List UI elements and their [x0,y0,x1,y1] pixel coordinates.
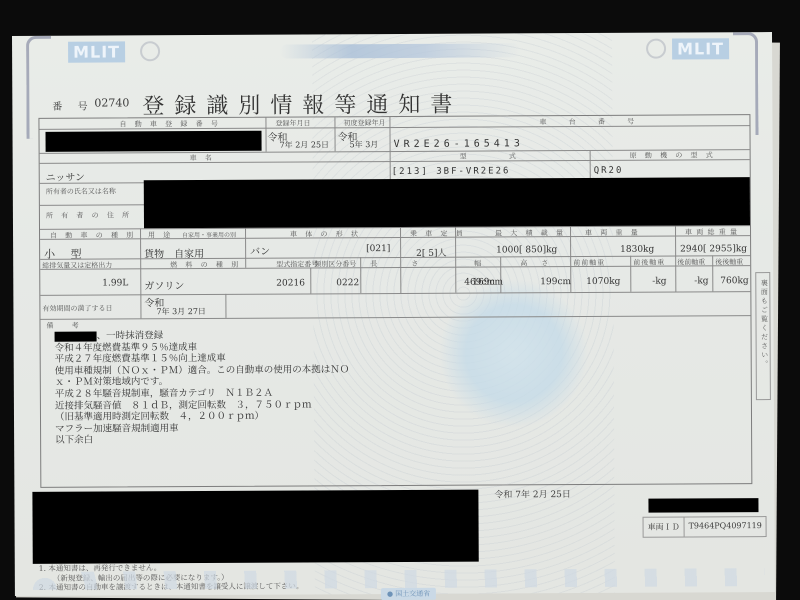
label-fuel-type: 燃 料 の 種 別 [170,260,241,270]
redacted-registration-number [46,131,262,152]
footer-logo-text: 国土交通省 [395,590,430,598]
label-front-rear-axle: 前後軸重 [633,258,665,268]
label-private-commercial: 自家用・事業用の別 [182,230,236,239]
redacted-owner-info [144,177,750,228]
label-owner-name: 所有者の氏名又は名称 [46,186,116,196]
side-note: 裏面もご覧ください。 [755,272,771,400]
label-height: 高 さ [520,258,554,268]
vehicle-type: 小 型 [44,246,88,262]
rear-front-axle: -kg [694,276,708,286]
redacted-issuer-block [32,490,478,564]
label-registration-number: 自 動 車 登 録 番 号 [119,119,220,130]
label-category-number: 類別区分番号 [314,259,356,269]
vehicle-model: [213] 3BF-VR2E26 [392,166,511,177]
label-width: 幅 [474,259,484,269]
height: 199cm [540,277,571,287]
car-id-box: 車両ＩＤ T9464PQ4097119 [643,516,767,538]
label-front-front-axle: 前前軸重 [573,258,605,268]
scallop-border [25,568,765,590]
remarks-line: 使用車種規制（ＮＯｘ・ＰＭ）適合。この自動車の使用の本拠はＮＯ [55,364,350,377]
category-number: 0222 [336,278,359,288]
serial-label: 番 号 [52,98,93,113]
remarks-line: 近接排気騒音値 ８１ｄＢ，測定回転数 ３，７５０ｒｐｍ [55,399,350,412]
label-max-load: 最 大 積 載 量 [495,228,566,238]
registration-date: 7年 2月 25日 [280,139,330,150]
redacted-office [648,498,758,513]
gross-weight: 2940[ 2955]kg [680,244,747,254]
dragon-ornament [280,43,520,58]
label-displacement: 総排気量又は定格出力 [42,260,112,270]
label-vehicle-type: 自 動 車 の 種 別 [50,230,136,240]
swirl-emblem-icon [646,39,666,59]
swirl-emblem-icon [140,41,160,61]
first-registration: 5年 3月 [350,139,379,150]
label-rear-front-axle: 後前軸重 [677,257,705,267]
width: 169cm [472,277,503,287]
label-engine-model: 原 動 機 の 型 式 [630,150,716,160]
registration-certificate: MLIT MLIT 番 号 02740 登録識別情報等通知書 [12,32,775,596]
max-load: 1000[ 850]kg [496,245,557,255]
front-rear-axle: -kg [652,277,666,287]
mlit-footer-logo: ● 国土交通省 [381,588,436,600]
label-vehicle-weight: 車 両 重 量 [585,228,641,238]
label-remarks: 備 考 [46,321,86,331]
car-id-label: 車両ＩＤ [644,517,685,536]
label-length: 長 さ [370,259,434,269]
label-model: 型 式 [460,151,536,161]
displacement: 1.99L [102,278,128,288]
expiry-date: 7年 3月 27日 [156,306,206,317]
front-front-axle: 1070kg [586,277,620,287]
rear-rear-axle: 760kg [720,276,748,286]
label-registration-date: 登録年月日 [275,118,310,128]
vehicle-name: ニッサン [46,169,85,184]
fuel-type: ガソリン [144,277,184,292]
issue-date: 令和 7年 2月 25日 [494,487,571,500]
label-rear-rear-axle: 後後軸重 [715,257,743,267]
label-expiry: 有効期間の満了する日 [42,303,112,313]
label-chassis-number: 車 台 番 号 [539,117,644,128]
remarks-line: 以下余白 [55,434,350,447]
usage: 貨物 [144,245,164,260]
label-owner-address: 所 有 者 の 住 所 [46,210,132,220]
vehicle-weight: 1830kg [620,245,654,255]
vehicle-info-table: 自 動 車 登 録 番 号 登録年月日 初度登録年月 車 台 番 号 令和 7年… [38,114,752,488]
mlit-logo-right: MLIT [672,38,729,59]
label-gross-weight: 車 両 総 重 量 [685,227,738,237]
mlit-logo-left: MLIT [68,41,125,62]
car-id-value: T9464PQ4097119 [685,517,766,536]
type-designation: 20216 [276,278,305,288]
engine-model: QR20 [594,166,624,176]
body-shape: バン [250,243,270,258]
capacity: 2[ 5]人 [416,246,446,259]
remarks-list: 、一時抹消登録 令和４年度燃費基準９５％達成車 平成２７年度燃費基準１５％向上達… [55,329,350,446]
private-commercial: 自家用 [174,245,204,260]
label-usage: 用 途 [148,230,173,240]
chassis-number: VR2E26-165413 [394,138,524,150]
label-body-shape: 車 体 の 形 状 [290,229,361,239]
label-first-registration: 初度登録年月 [343,118,385,128]
body-code: [021] [366,244,390,254]
serial-number: 02740 [94,96,129,109]
label-vehicle-name: 車 名 [190,153,215,163]
label-capacity: 乗 車 定 員 [410,229,466,239]
label-type-designation: 型式指定番号 [276,259,318,269]
